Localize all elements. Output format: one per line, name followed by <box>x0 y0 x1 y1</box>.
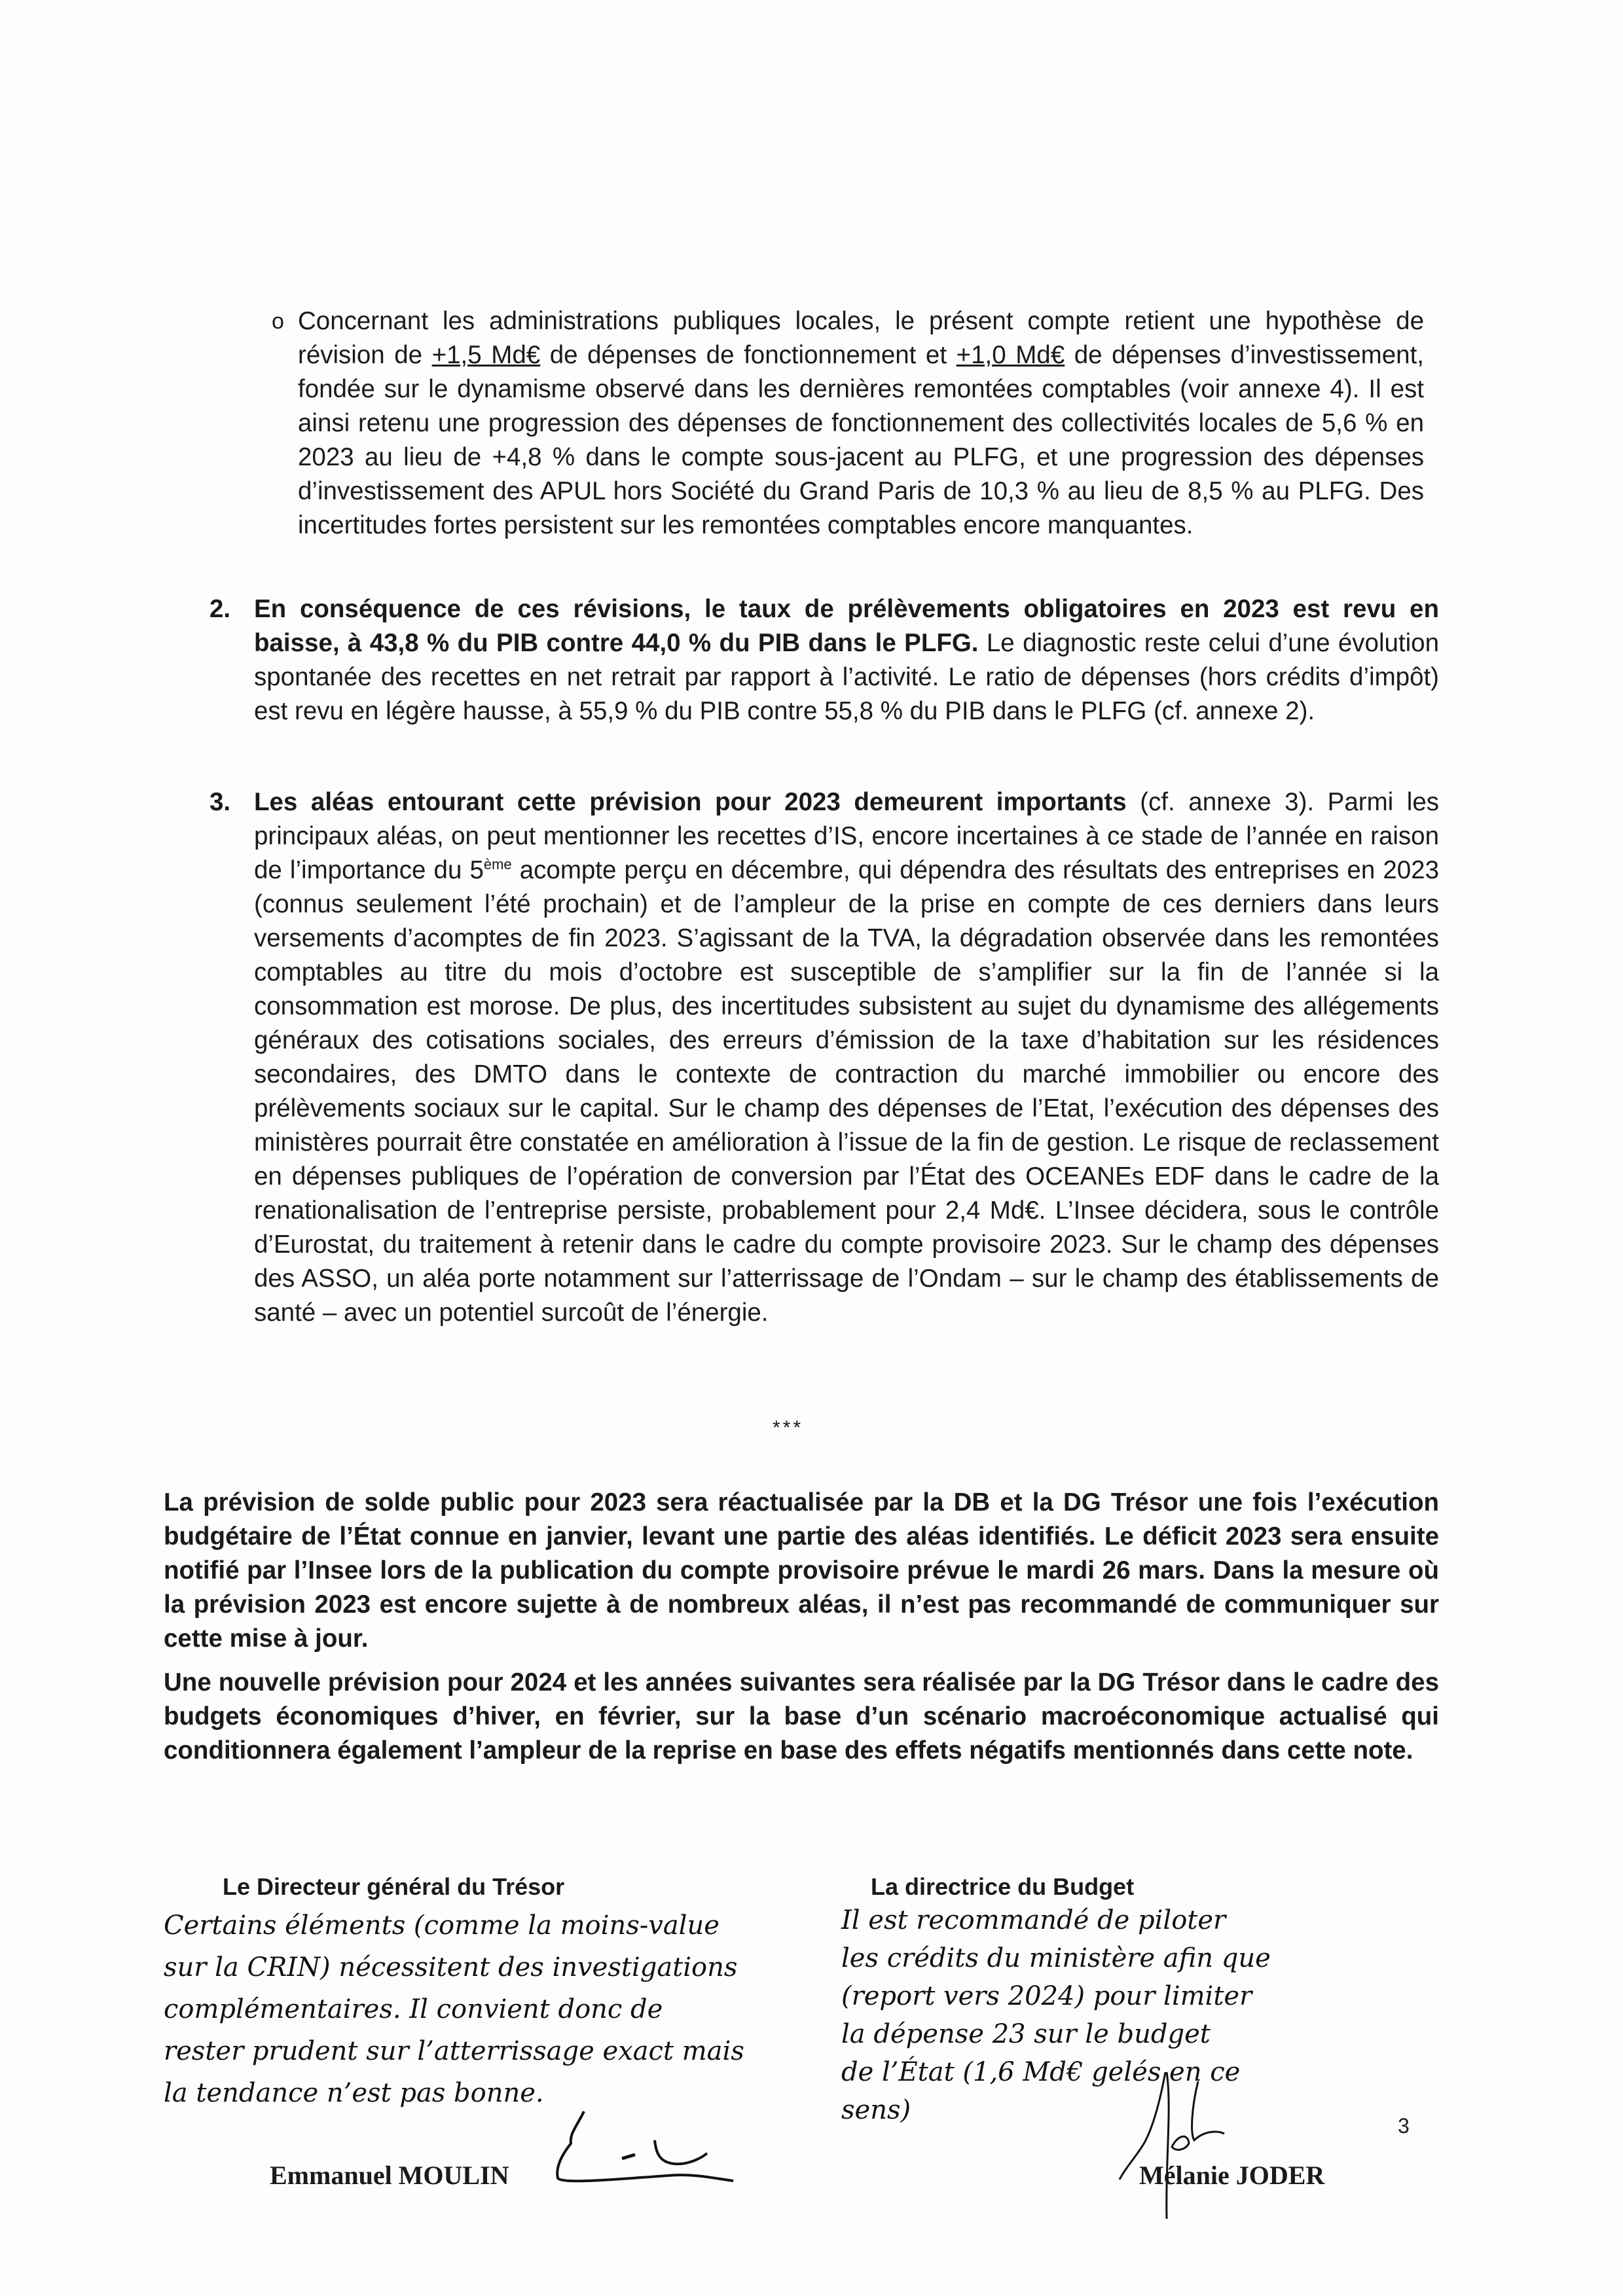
signatory-title-tresor: Le Directeur général du Trésor <box>223 1873 564 1901</box>
amount-fonctionnement: +1,5 Md€ <box>432 341 540 369</box>
paragraph-number: 2. <box>210 592 230 626</box>
numbered-paragraph-2: 2. En conséquence de ces révisions, le t… <box>254 592 1439 728</box>
handwritten-line: Il est recommandé de piloter <box>841 1901 1529 1939</box>
signatory-title-budget: La directrice du Budget <box>871 1873 1134 1901</box>
amount-investissement: +1,0 Md€ <box>957 341 1065 369</box>
bullet-paragraph-apul: o Concernant les administrations publiqu… <box>298 304 1424 543</box>
signature-moulin-icon <box>550 2108 746 2186</box>
section-separator: *** <box>773 1417 803 1439</box>
handwritten-line: rester prudent sur l’atterrissage exact … <box>164 2030 818 2072</box>
signatory-name-moulin: Emmanuel MOULIN <box>270 2160 509 2191</box>
paragraph-body-b: acompte perçu en décembre, qui dépendra … <box>254 856 1439 1327</box>
page-number: 3 <box>1398 2114 1410 2138</box>
paragraph-number: 3. <box>210 785 230 819</box>
handwritten-note-tresor: Certains éléments (comme la moins-value … <box>164 1905 818 2114</box>
handwritten-line: la dépense 23 sur le budget <box>841 2015 1529 2053</box>
conclusion-paragraph-2: Une nouvelle prévision pour 2024 et les … <box>164 1666 1439 1768</box>
handwritten-line: complémentaires. Il convient donc de <box>164 1988 818 2030</box>
conclusion-paragraph-1: La prévision de solde public pour 2023 s… <box>164 1486 1439 1656</box>
signature-joder-icon <box>1126 2068 1296 2225</box>
handwritten-line: Certains éléments (comme la moins-value <box>164 1905 818 1946</box>
document-page: o Concernant les administrations publiqu… <box>0 0 1623 2296</box>
numbered-paragraph-3: 3. Les aléas entourant cette prévision p… <box>254 785 1439 1330</box>
paragraph-lead: Les aléas entourant cette prévision pour… <box>254 788 1127 816</box>
signatory-name-joder: Mélanie JODER <box>1139 2160 1324 2191</box>
superscript-eme: ème <box>484 856 512 872</box>
handwritten-line: les crédits du ministère afin que <box>841 1939 1529 1977</box>
handwritten-line: (report vers 2024) pour limiter <box>841 1977 1529 2015</box>
bullet-text-mid: de dépenses de fonctionnement et <box>540 341 957 369</box>
handwritten-line: sur la CRIN) nécessitent des investigati… <box>164 1946 818 1988</box>
bullet-circle-icon: o <box>272 304 284 338</box>
bullet-text-after: de dépenses d’investissement, fondée sur… <box>298 341 1424 539</box>
